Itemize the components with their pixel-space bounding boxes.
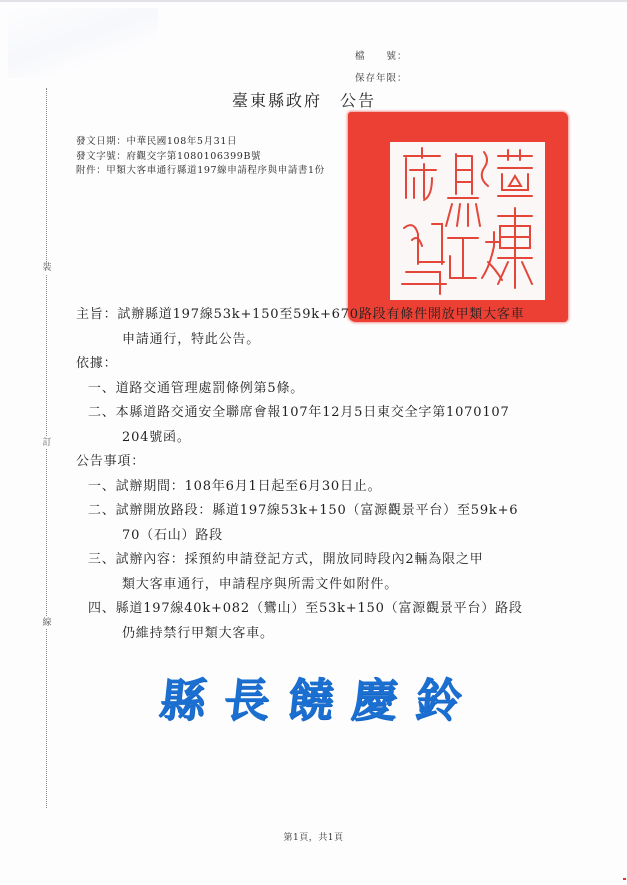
notice-item-2-marker: 二、 <box>88 503 116 518</box>
retention-label: 保存年限： <box>355 68 408 90</box>
seal-script-glyphs-icon <box>348 112 568 322</box>
document-title: 臺東縣政府 公告 <box>232 88 376 111</box>
scan-artifact <box>8 8 158 78</box>
notice-item-4-cont: 仍維持禁行甲類大客車。 <box>76 622 556 647</box>
subject-line-1: 主旨：試辦縣道197線53k+150至59k+670路段有條件開放甲類大客車 <box>76 303 556 328</box>
file-number-label: 檔 號： <box>355 46 408 68</box>
notice-item-1: 一、試辦期間：108年6月1日起至6月30日止。 <box>76 475 556 500</box>
notice-item-3-marker: 三、 <box>88 552 116 567</box>
basis-item-2-text: 本縣道路交通安全聯席會報107年12月5日東交全字第1070107 <box>116 405 510 420</box>
retention-row: 保存年限： <box>355 68 408 90</box>
basis-item-2-cont: 204號函。 <box>76 426 556 451</box>
document-body: 主旨：試辦縣道197線53k+150至59k+670路段有條件開放甲類大客車 申… <box>76 303 556 646</box>
binding-char-xian: 線 <box>40 617 54 629</box>
archive-info: 檔 號： 保存年限： <box>355 46 408 90</box>
notice-item-3-text: 試辦內容：採預約申請登記方式，開放同時段內2輛為限之甲 <box>116 552 484 567</box>
scan-top-edge <box>0 0 627 2</box>
notice-item-2-text: 試辦開放路段：縣道197線53k+150（富源觀景平台）至59k+6 <box>116 503 519 518</box>
file-number-row: 檔 號： <box>355 46 408 68</box>
notice-item-1-text: 試辦期間：108年6月1日起至6月30日止。 <box>116 479 382 494</box>
binding-char-zhuang: 裝 <box>40 262 54 274</box>
document-number: 發文字號：府觀交字第1080106399B號 <box>76 150 325 165</box>
basis-item-1-marker: 一、 <box>88 381 116 396</box>
page-footer: 第1頁，共1頁 <box>0 830 627 843</box>
notice-item-4: 四、縣道197線40k+082（鸞山）至53k+150（富源觀景平台）路段 <box>76 597 556 622</box>
notice-item-4-text: 縣道197線40k+082（鸞山）至53k+150（富源觀景平台）路段 <box>116 601 523 616</box>
notice-label: 公告事項： <box>76 450 556 475</box>
magistrate-signature: 縣長饒慶鈴 <box>157 664 484 730</box>
basis-item-1-text: 道路交通管理處罰條例第5條。 <box>116 381 304 396</box>
document-meta: 發文日期：中華民國108年5月31日 發文字號：府觀交字第1080106399B… <box>76 135 325 179</box>
binding-char-ding: 訂 <box>40 437 54 449</box>
basis-label: 依據： <box>76 352 556 377</box>
notice-item-3: 三、試辦內容：採預約申請登記方式，開放同時段內2輛為限之甲 <box>76 548 556 573</box>
subject-line-2: 申請通行，特此公告。 <box>76 328 556 353</box>
notice-item-2-cont: 70（石山）路段 <box>76 524 556 549</box>
issue-date: 發文日期：中華民國108年5月31日 <box>76 135 325 150</box>
subject-text-1: 試辦縣道197線53k+150至59k+670路段有條件開放甲類大客車 <box>117 307 524 322</box>
document-page: 檔 號： 保存年限： 臺東縣政府 公告 發文日期：中華民國108年5月31日 發… <box>0 0 627 885</box>
attachment-line: 附件：甲類大客車通行縣道197線申請程序與申請書1份 <box>76 164 325 179</box>
scan-corner-mark <box>623 878 626 880</box>
notice-item-4-marker: 四、 <box>88 601 116 616</box>
notice-item-2: 二、試辦開放路段：縣道197線53k+150（富源觀景平台）至59k+6 <box>76 499 556 524</box>
notice-item-3-cont: 類大客車通行，申請程序與所需文件如附件。 <box>76 573 556 598</box>
notice-item-1-marker: 一、 <box>88 479 116 494</box>
basis-item-1: 一、道路交通管理處罰條例第5條。 <box>76 377 556 402</box>
official-seal <box>348 112 568 322</box>
basis-item-2-marker: 二、 <box>88 405 116 420</box>
subject-label: 主旨： <box>76 307 117 322</box>
basis-item-2: 二、本縣道路交通安全聯席會報107年12月5日東交全字第1070107 <box>76 401 556 426</box>
